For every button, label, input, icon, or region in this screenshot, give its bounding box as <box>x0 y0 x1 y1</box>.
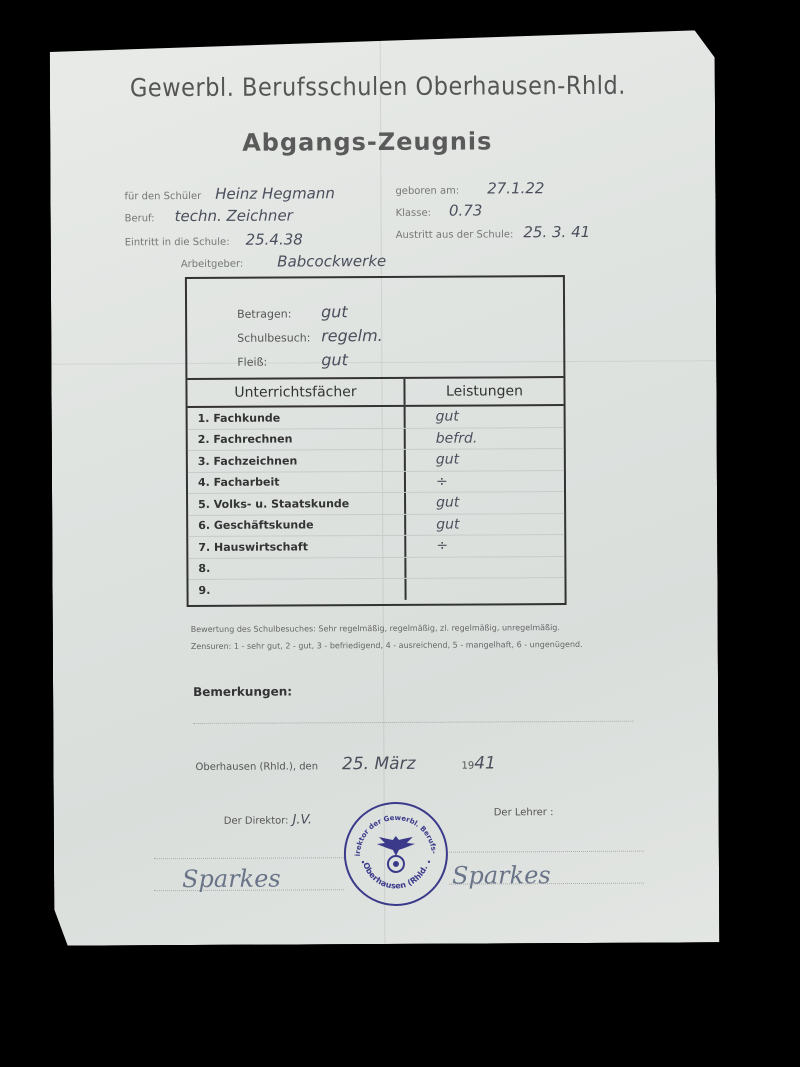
year-suffix: 41 <box>474 753 496 773</box>
student-value: Heinz Hegmann <box>215 184 335 203</box>
subject: 4. Facharbeit <box>188 471 406 493</box>
table-row: 3. Fachzeichnen gut <box>188 449 564 472</box>
subject: 7. Hauswirtschaft <box>188 536 406 558</box>
student-label: für den Schüler <box>124 191 201 202</box>
employer-field: Arbeitgeber: Babcockwerke <box>181 252 387 271</box>
signature-line <box>449 851 644 853</box>
conduct-value: gut <box>321 302 348 321</box>
class-label: Klasse: <box>396 208 431 219</box>
place-label: Oberhausen (Rhld.), den <box>195 761 318 773</box>
signature-line <box>154 857 344 859</box>
grade: ÷ <box>406 535 564 556</box>
director-field: Der Direktor: J.V. <box>224 812 312 827</box>
table-row: 1. Fachkunde gut <box>188 406 564 429</box>
subject: 8. <box>188 557 406 579</box>
entry-label: Eintritt in die Schule: <box>125 237 230 249</box>
remarks-label: Bemerkungen: <box>193 684 292 699</box>
birth-value: 27.1.22 <box>487 179 544 197</box>
certificate-paper: Gewerbl. Berufsschulen Oberhausen-Rhld. … <box>50 30 720 945</box>
exit-value: 25. 3. 41 <box>523 223 590 241</box>
attendance-legend: Bewertung des Schulbesuches: Sehr regelm… <box>191 623 560 634</box>
subjects-grid: Unterrichtsfächer Leistungen 1. Fachkund… <box>187 376 564 600</box>
profession-label: Beruf: <box>125 213 155 224</box>
director-label: Der Direktor: <box>224 816 289 827</box>
profession-field: Beruf: techn. Zeichner <box>125 206 293 225</box>
table-row: 5. Volks- u. Staatskunde gut <box>188 492 564 515</box>
subject: 6. Geschäftskunde <box>188 514 406 536</box>
class-value: 0.73 <box>449 201 483 219</box>
conduct-row: Fleiß: gut <box>237 350 348 370</box>
header-grades: Leistungen <box>405 378 563 405</box>
birth-label: geboren am: <box>395 186 459 197</box>
subject: 3. Fachzeichnen <box>188 450 406 472</box>
subject: 9. <box>188 579 406 601</box>
grades-legend: Zensuren: 1 - sehr gut, 2 - gut, 3 - bef… <box>191 640 583 651</box>
grade: gut <box>406 514 564 535</box>
entry-field: Eintritt in die Schule: 25.4.38 <box>125 230 303 249</box>
exit-label: Austritt aus der Schule: <box>396 229 514 241</box>
official-stamp: Der Direktor der Gewerbl. Berufs-Schul. … <box>344 802 449 907</box>
grade <box>406 557 564 578</box>
grade: befrd. <box>406 428 564 449</box>
teacher-signature: Sparkes <box>452 861 551 890</box>
table-header: Unterrichtsfächer Leistungen <box>187 378 563 408</box>
grade <box>406 578 564 599</box>
birth-field: geboren am: 27.1.22 <box>395 179 544 198</box>
grade: ÷ <box>406 471 564 492</box>
conduct-label: Fleiß: <box>237 355 321 368</box>
remarks-line <box>193 721 633 724</box>
subject: 5. Volks- u. Staatskunde <box>188 493 406 515</box>
table-row: 7. Hauswirtschaft ÷ <box>188 535 564 558</box>
table-row: 9. <box>188 578 564 600</box>
conduct-label: Betragen: <box>237 307 321 320</box>
table-row: 2. Fachrechnen befrd. <box>188 428 564 451</box>
grade: gut <box>406 492 564 513</box>
director-note: J.V. <box>293 812 313 827</box>
table-row: 4. Facharbeit ÷ <box>188 471 564 494</box>
grades-table: Betragen: gut Schulbesuch: regelm. Fleiß… <box>185 275 567 607</box>
conduct-label: Schulbesuch: <box>237 331 321 344</box>
conduct-value: gut <box>321 350 348 369</box>
employer-value: Babcockwerke <box>277 252 386 271</box>
conduct-row: Betragen: gut <box>237 302 348 322</box>
conduct-row: Schulbesuch: regelm. <box>237 326 383 346</box>
year-prefix: 19 <box>461 761 474 772</box>
table-row: 8. <box>188 557 564 580</box>
subject: 2. Fachrechnen <box>188 428 406 450</box>
header-subjects: Unterrichtsfächer <box>187 379 405 406</box>
director-signature: Sparkes <box>182 865 281 894</box>
conduct-value: regelm. <box>321 326 383 345</box>
class-field: Klasse: 0.73 <box>396 201 483 219</box>
employer-label: Arbeitgeber: <box>181 259 244 270</box>
entry-value: 25.4.38 <box>245 230 302 248</box>
table-row: 6. Geschäftskunde gut <box>188 514 564 537</box>
subject: 1. Fachkunde <box>188 407 406 429</box>
grade: gut <box>406 449 564 470</box>
document-title: Abgangs-Zeugnis <box>242 127 492 156</box>
school-name: Gewerbl. Berufsschulen Oberhausen-Rhld. <box>130 71 626 103</box>
teacher-label: Der Lehrer : <box>494 807 554 818</box>
place-date: Oberhausen (Rhld.), den 25. März 19 41 <box>195 753 495 775</box>
grade: gut <box>406 406 564 427</box>
student-field: für den Schüler Heinz Hegmann <box>124 184 334 203</box>
stamp-seal-icon: Der Direktor der Gewerbl. Berufs-Schul. … <box>346 804 447 905</box>
date-value: 25. März <box>342 754 416 774</box>
profession-value: techn. Zeichner <box>175 206 293 225</box>
exit-field: Austritt aus der Schule: 25. 3. 41 <box>396 223 591 242</box>
